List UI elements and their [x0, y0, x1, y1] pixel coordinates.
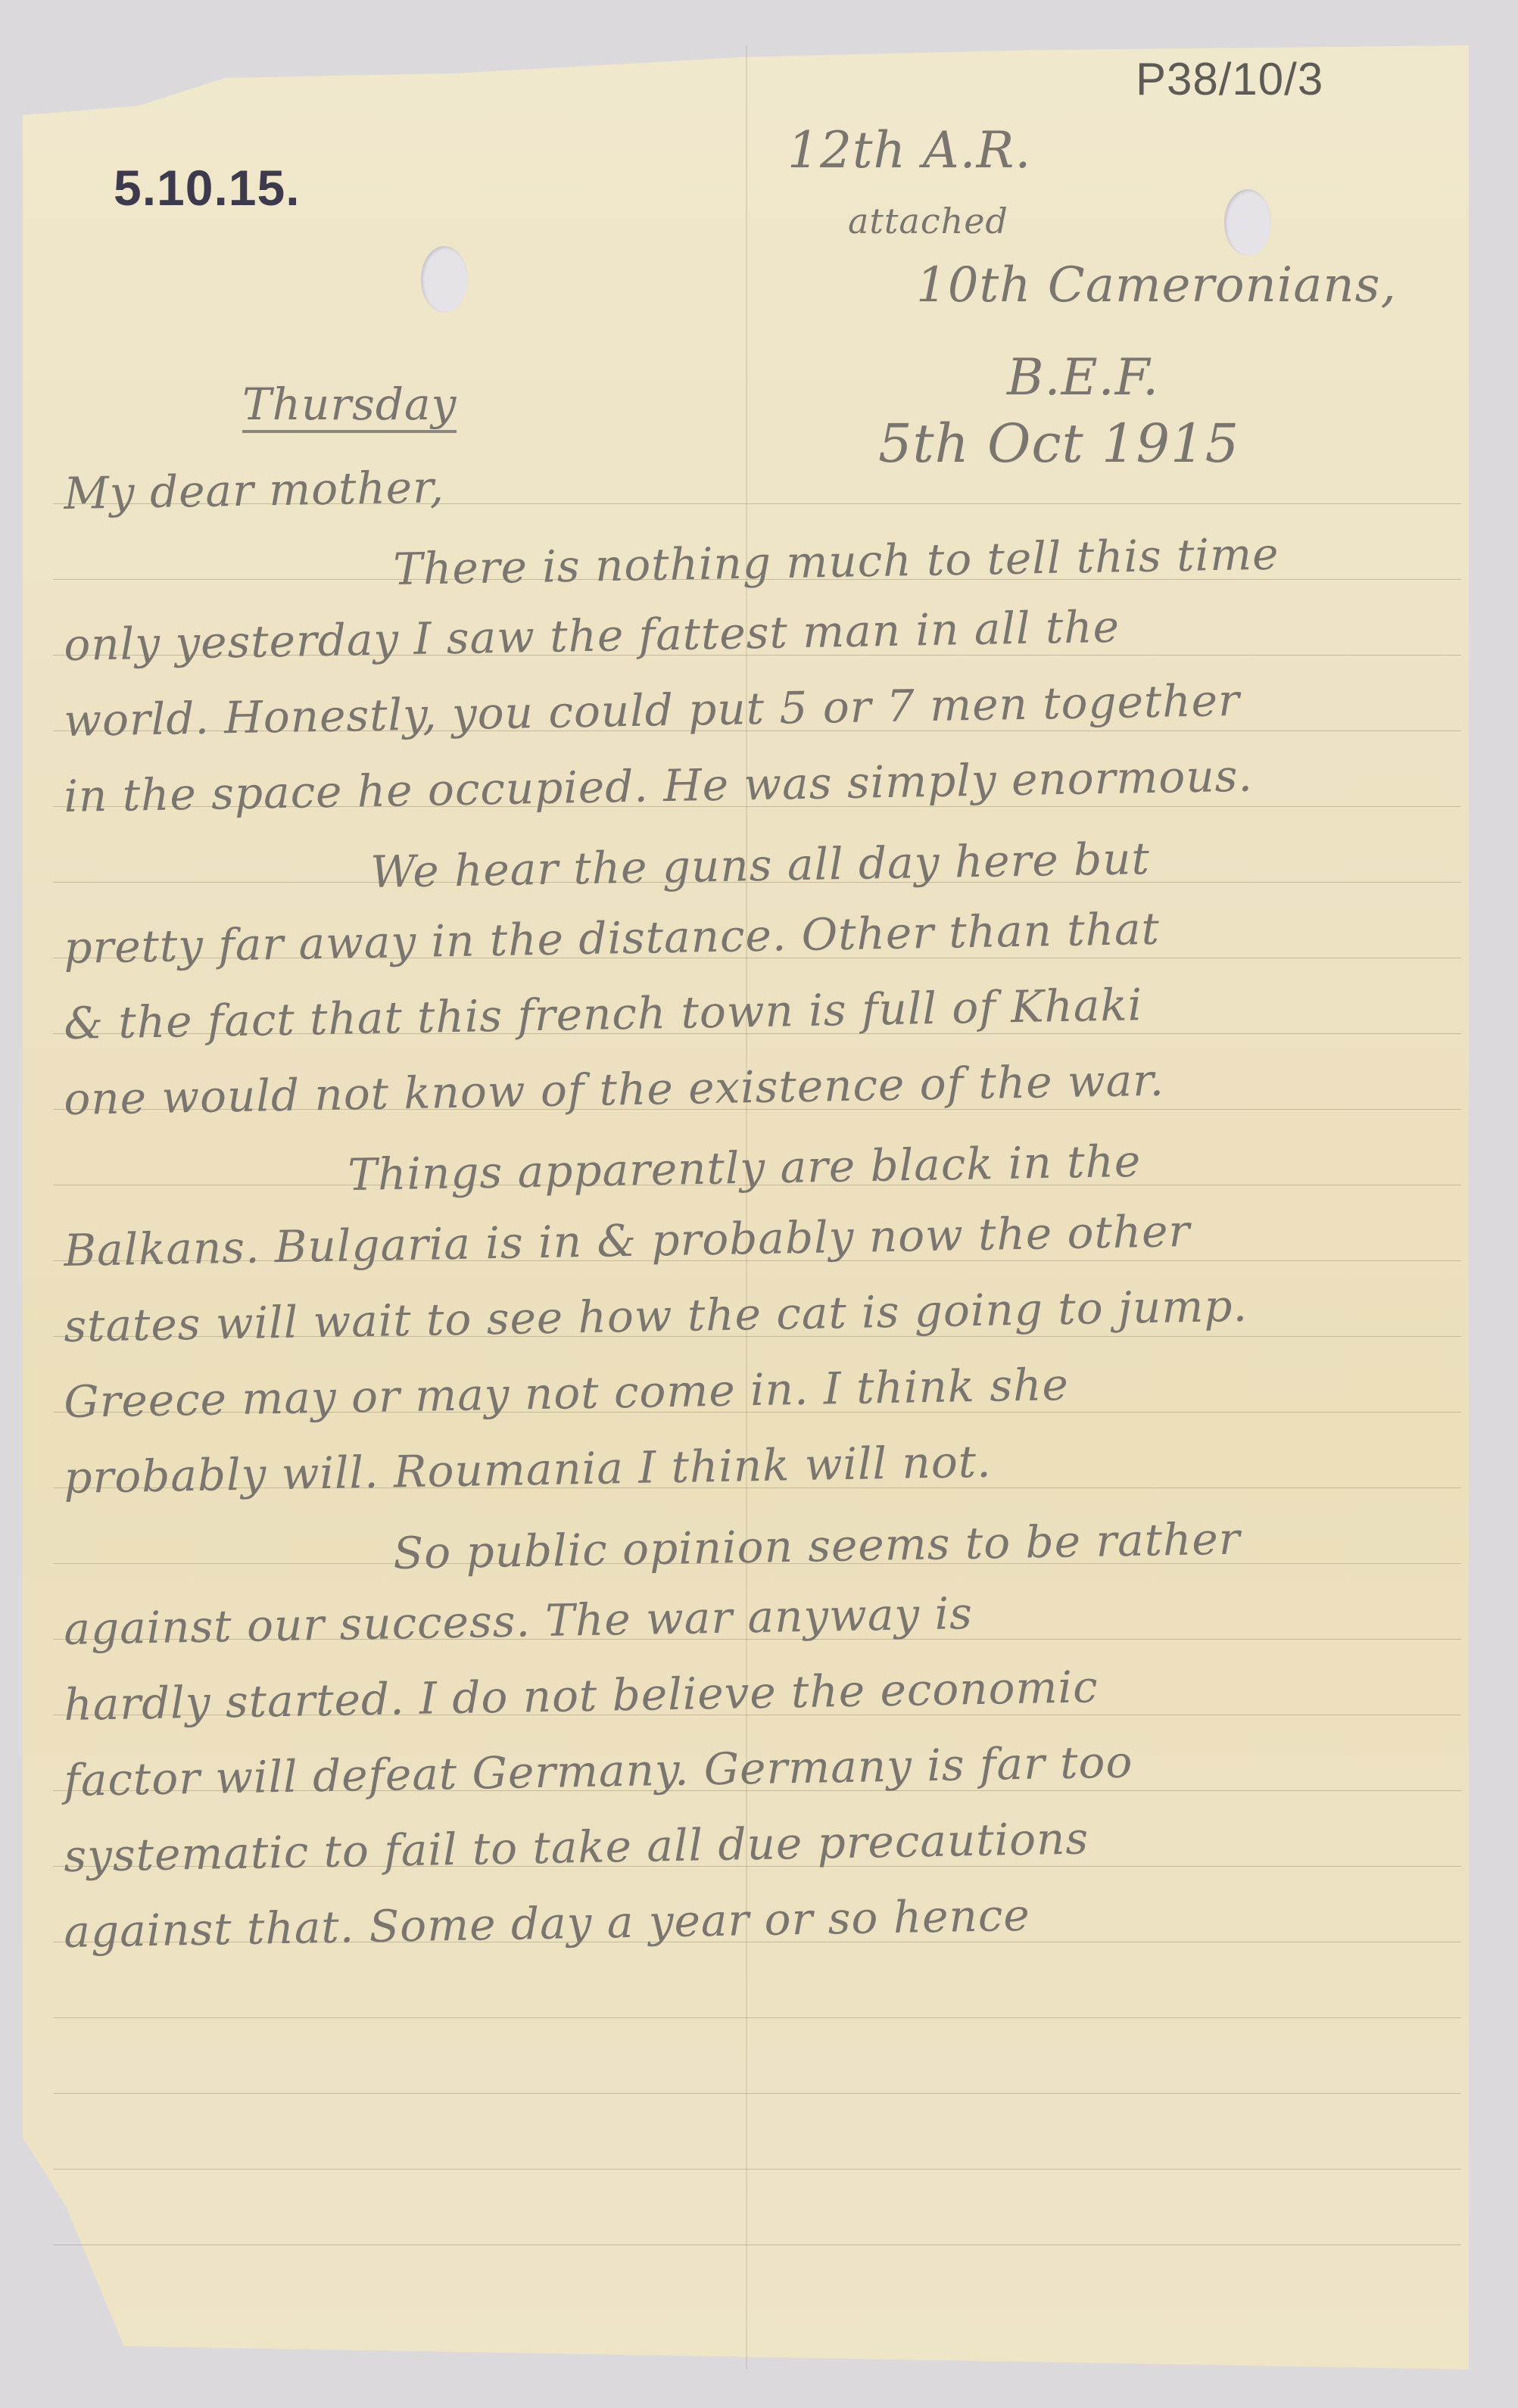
punch-hole-right: [1224, 189, 1271, 256]
day-of-week: Thursday: [242, 378, 457, 433]
catalogue-date: 5.10.15.: [114, 159, 301, 217]
ruled-line: [53, 2017, 1461, 2018]
unit-line-3: 10th Cameronians,: [916, 257, 1397, 313]
archive-reference: P38/10/3: [1136, 53, 1323, 105]
unit-line-4: B.E.F.: [1007, 348, 1159, 407]
salutation: My dear mother,: [64, 461, 445, 519]
ruled-line: [53, 2169, 1461, 2170]
punch-hole-left: [421, 246, 468, 313]
ruled-line: [53, 2244, 1461, 2245]
ruled-line: [53, 2093, 1461, 2094]
paper-fold-crease: [746, 45, 747, 2369]
letter-date: 5th Oct 1915: [878, 413, 1239, 475]
unit-line-2: attached: [848, 201, 1008, 241]
unit-line-1: 12th A.R.: [787, 121, 1031, 179]
